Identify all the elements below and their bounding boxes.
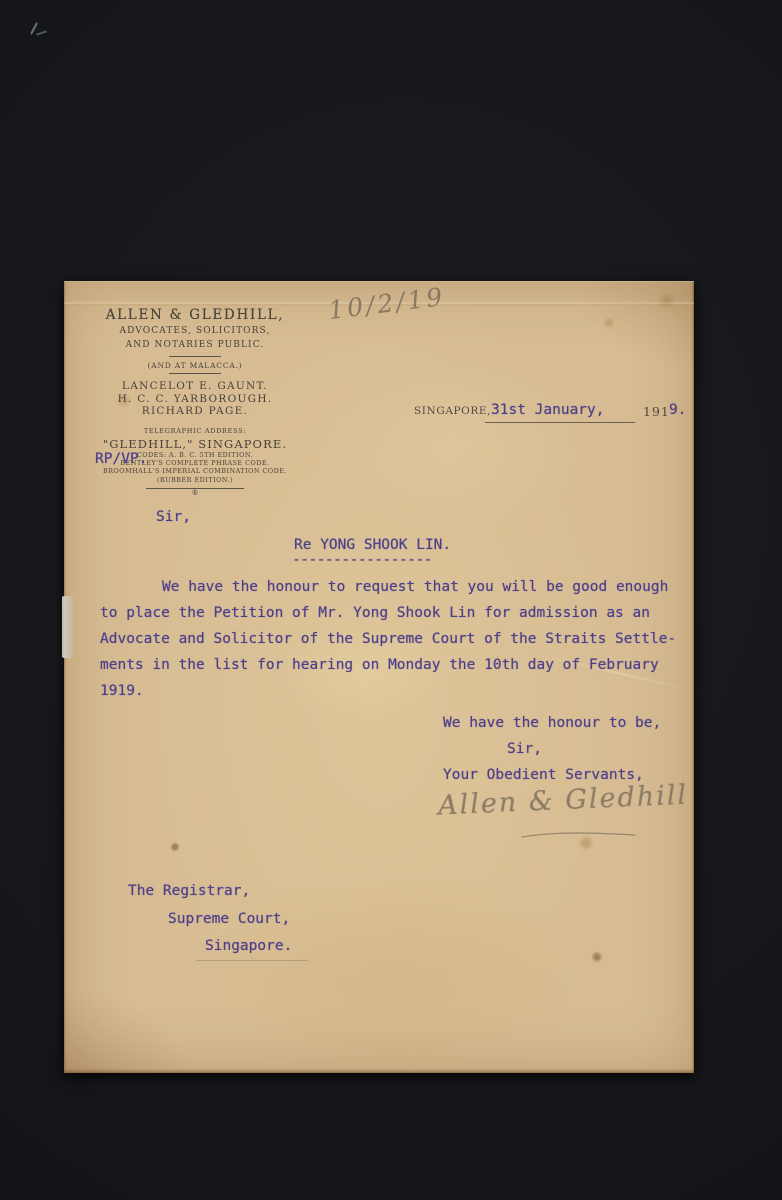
mount-scratch — [36, 30, 47, 35]
closing-line: Sir, — [507, 741, 661, 767]
body-line: 1919. — [100, 683, 694, 709]
salutation: Sir, — [156, 509, 191, 525]
body-line: We have the honour to request that you w… — [100, 579, 694, 605]
letter-page: ALLEN & GLEDHILL, ADVOCATES, SOLICITORS,… — [64, 281, 694, 1073]
subject-line: Re YONG SHOOK LIN. — [294, 537, 451, 553]
letterhead-rule — [169, 356, 221, 357]
recipient-line: Supreme Court, — [168, 911, 292, 939]
firm-name: ALLEN & GLEDHILL, — [94, 307, 296, 323]
firm-description-line: ADVOCATES, SOLICITORS, — [94, 326, 296, 337]
partner-name: LANCELOT E. GAUNT. — [94, 380, 296, 393]
tape-fragment — [62, 596, 75, 658]
recipient-line: Singapore. — [205, 938, 292, 966]
code-line: (RUBBER EDITION.) — [94, 477, 296, 484]
telegraphic-address-label: TELEGRAPHIC ADDRESS: — [94, 427, 296, 435]
recipient-faint-rule — [196, 960, 308, 961]
reference-initials: RP/VP. — [95, 451, 147, 467]
body-line: Advocate and Solicitor of the Supreme Co… — [100, 631, 694, 657]
body-line: to place the Petition of Mr. Yong Shook … — [100, 605, 694, 631]
dateline-printed-year: 191 — [643, 404, 670, 419]
recipient-block: The Registrar, Supreme Court, Singapore. — [128, 883, 292, 966]
signature: Allen & Gledhill — [438, 785, 698, 845]
letterhead-rule — [169, 373, 221, 374]
closing-line: We have the honour to be, — [443, 715, 661, 741]
dateline-place: SINGAPORE, — [414, 405, 491, 417]
recipient-line: The Registrar, — [128, 883, 292, 911]
signature-underline — [520, 830, 638, 840]
dateline: SINGAPORE, 31st January, 191 9. — [64, 401, 694, 427]
firm-description-line: AND NOTARIES PUBLIC. — [94, 340, 296, 351]
letter-body: We have the honour to request that you w… — [100, 579, 694, 709]
signature-text: Allen & Gledhill — [437, 780, 688, 822]
code-line: BROOMHALL'S IMPERIAL COMBINATION CODE. — [94, 468, 296, 475]
printer-mark: ® — [94, 489, 296, 497]
dateline-typed-date: 31st January, — [491, 402, 605, 418]
body-line: ments in the list for hearing on Monday … — [100, 657, 694, 683]
subject-underline: ----------------- — [292, 552, 432, 568]
malacca-note: (AND AT MALACCA.) — [94, 361, 296, 370]
scanned-letter-mount: ALLEN & GLEDHILL, ADVOCATES, SOLICITORS,… — [0, 0, 782, 1200]
dateline-fill-rule — [485, 422, 635, 423]
telegraphic-address: "GLEDHILL," SINGAPORE. — [94, 437, 296, 451]
dateline-typed-year: 9. — [669, 402, 686, 418]
pencil-annotation: 10/2/19 — [327, 282, 447, 325]
